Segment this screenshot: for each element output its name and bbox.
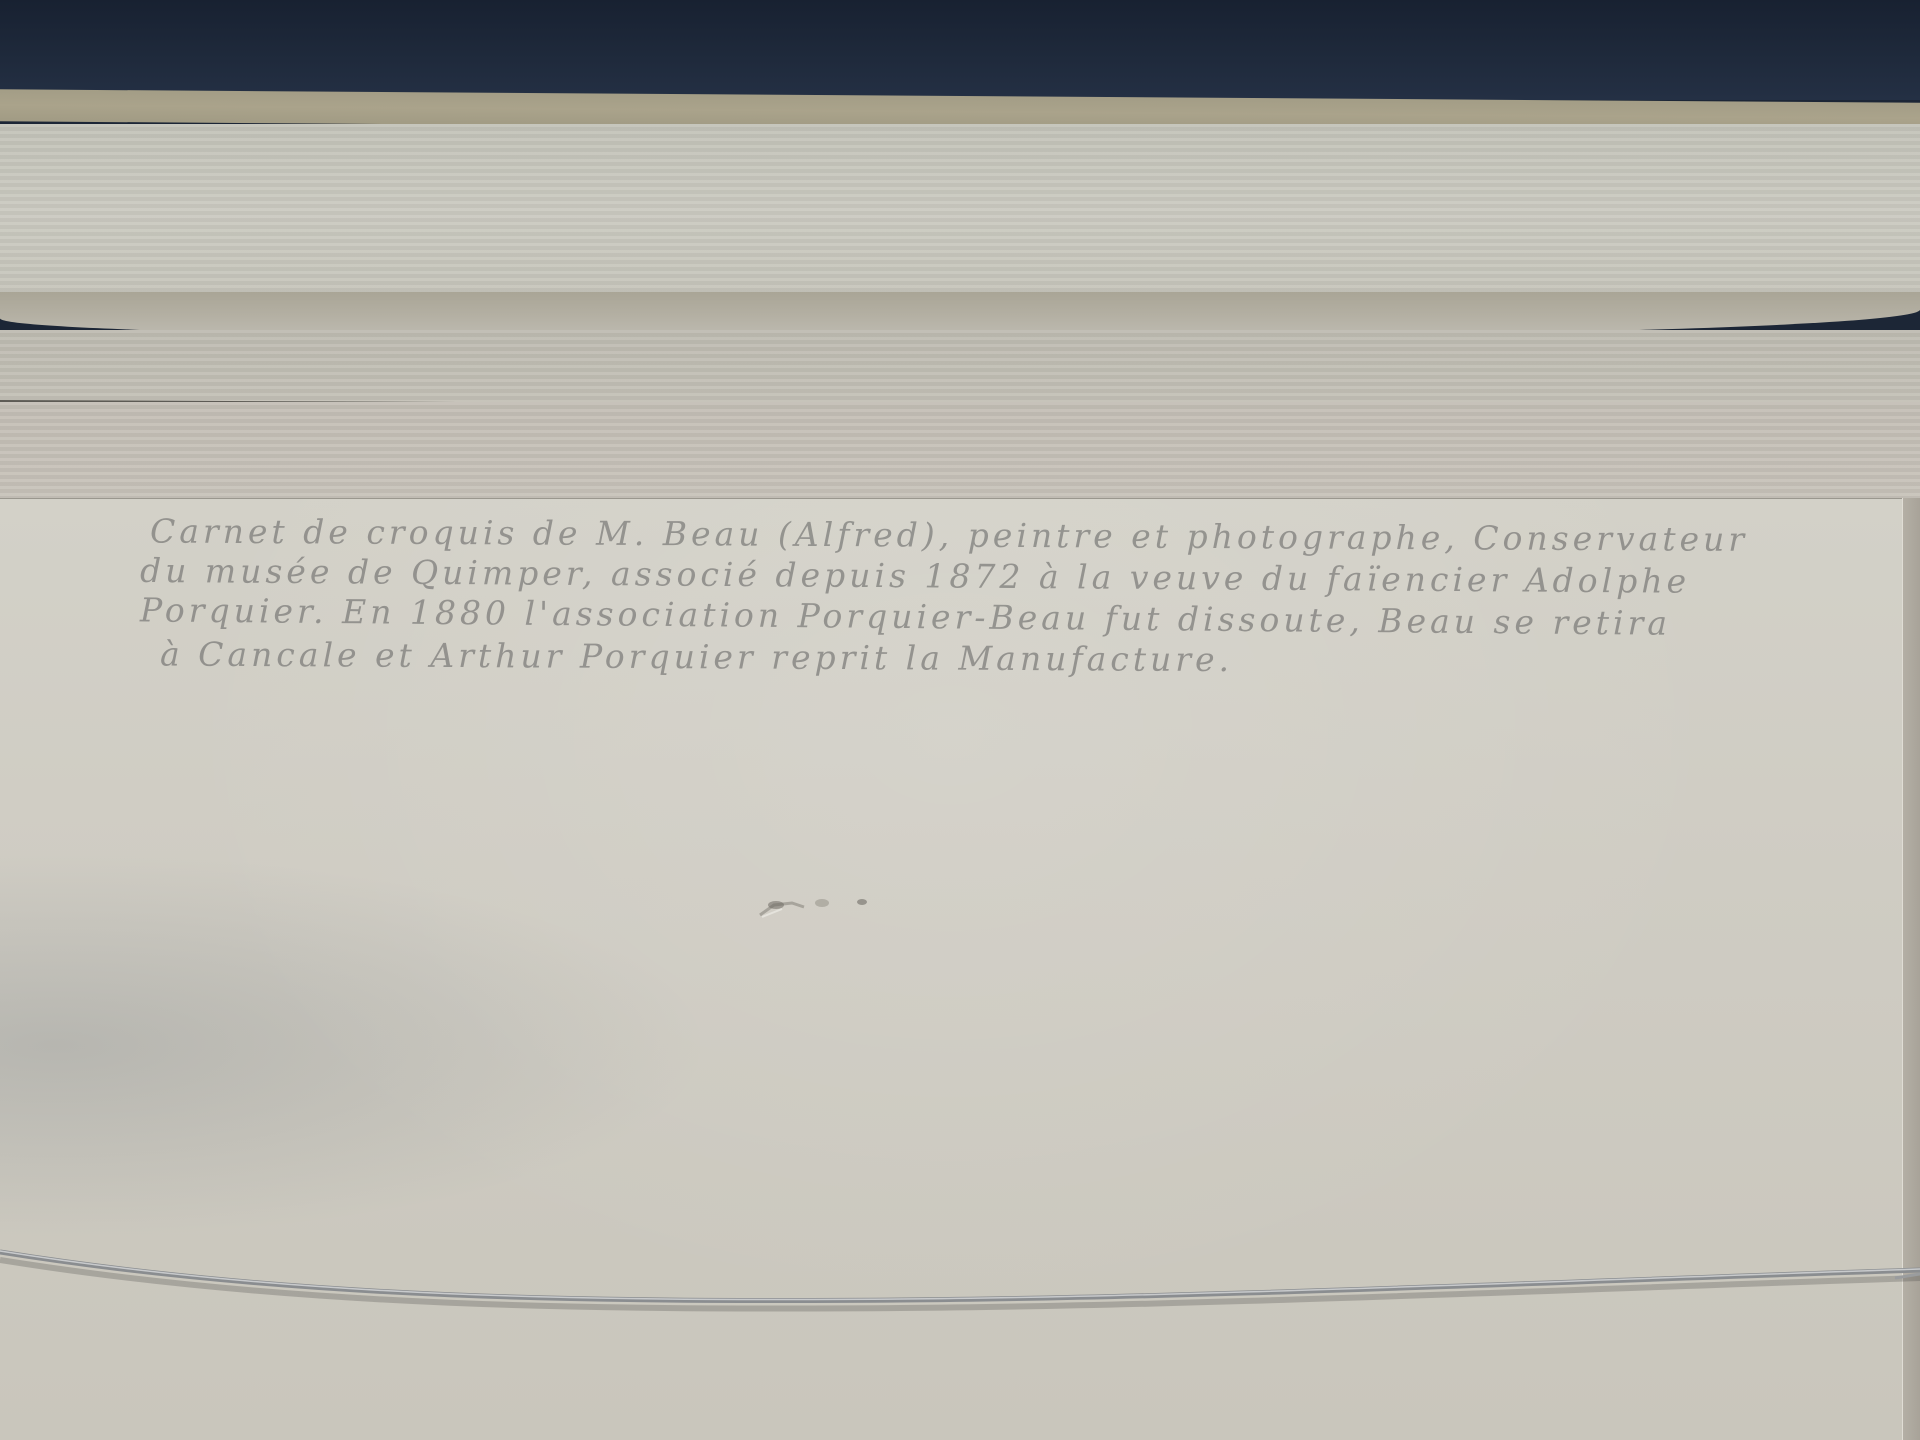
inscription-line: à Cancale et Arthur Porquier reprit la M… (160, 633, 1890, 683)
dark-background (0, 0, 1920, 100)
surface-scuff-marks (752, 893, 902, 919)
kraft-tape-middle (0, 330, 1920, 402)
kraft-tape-lower (0, 402, 1920, 502)
pencil-inscription: Carnet de croquis de M. Beau (Alfred), p… (150, 515, 1890, 679)
hanging-wire (0, 1230, 1920, 1350)
kraft-tape-upper (0, 124, 1920, 296)
